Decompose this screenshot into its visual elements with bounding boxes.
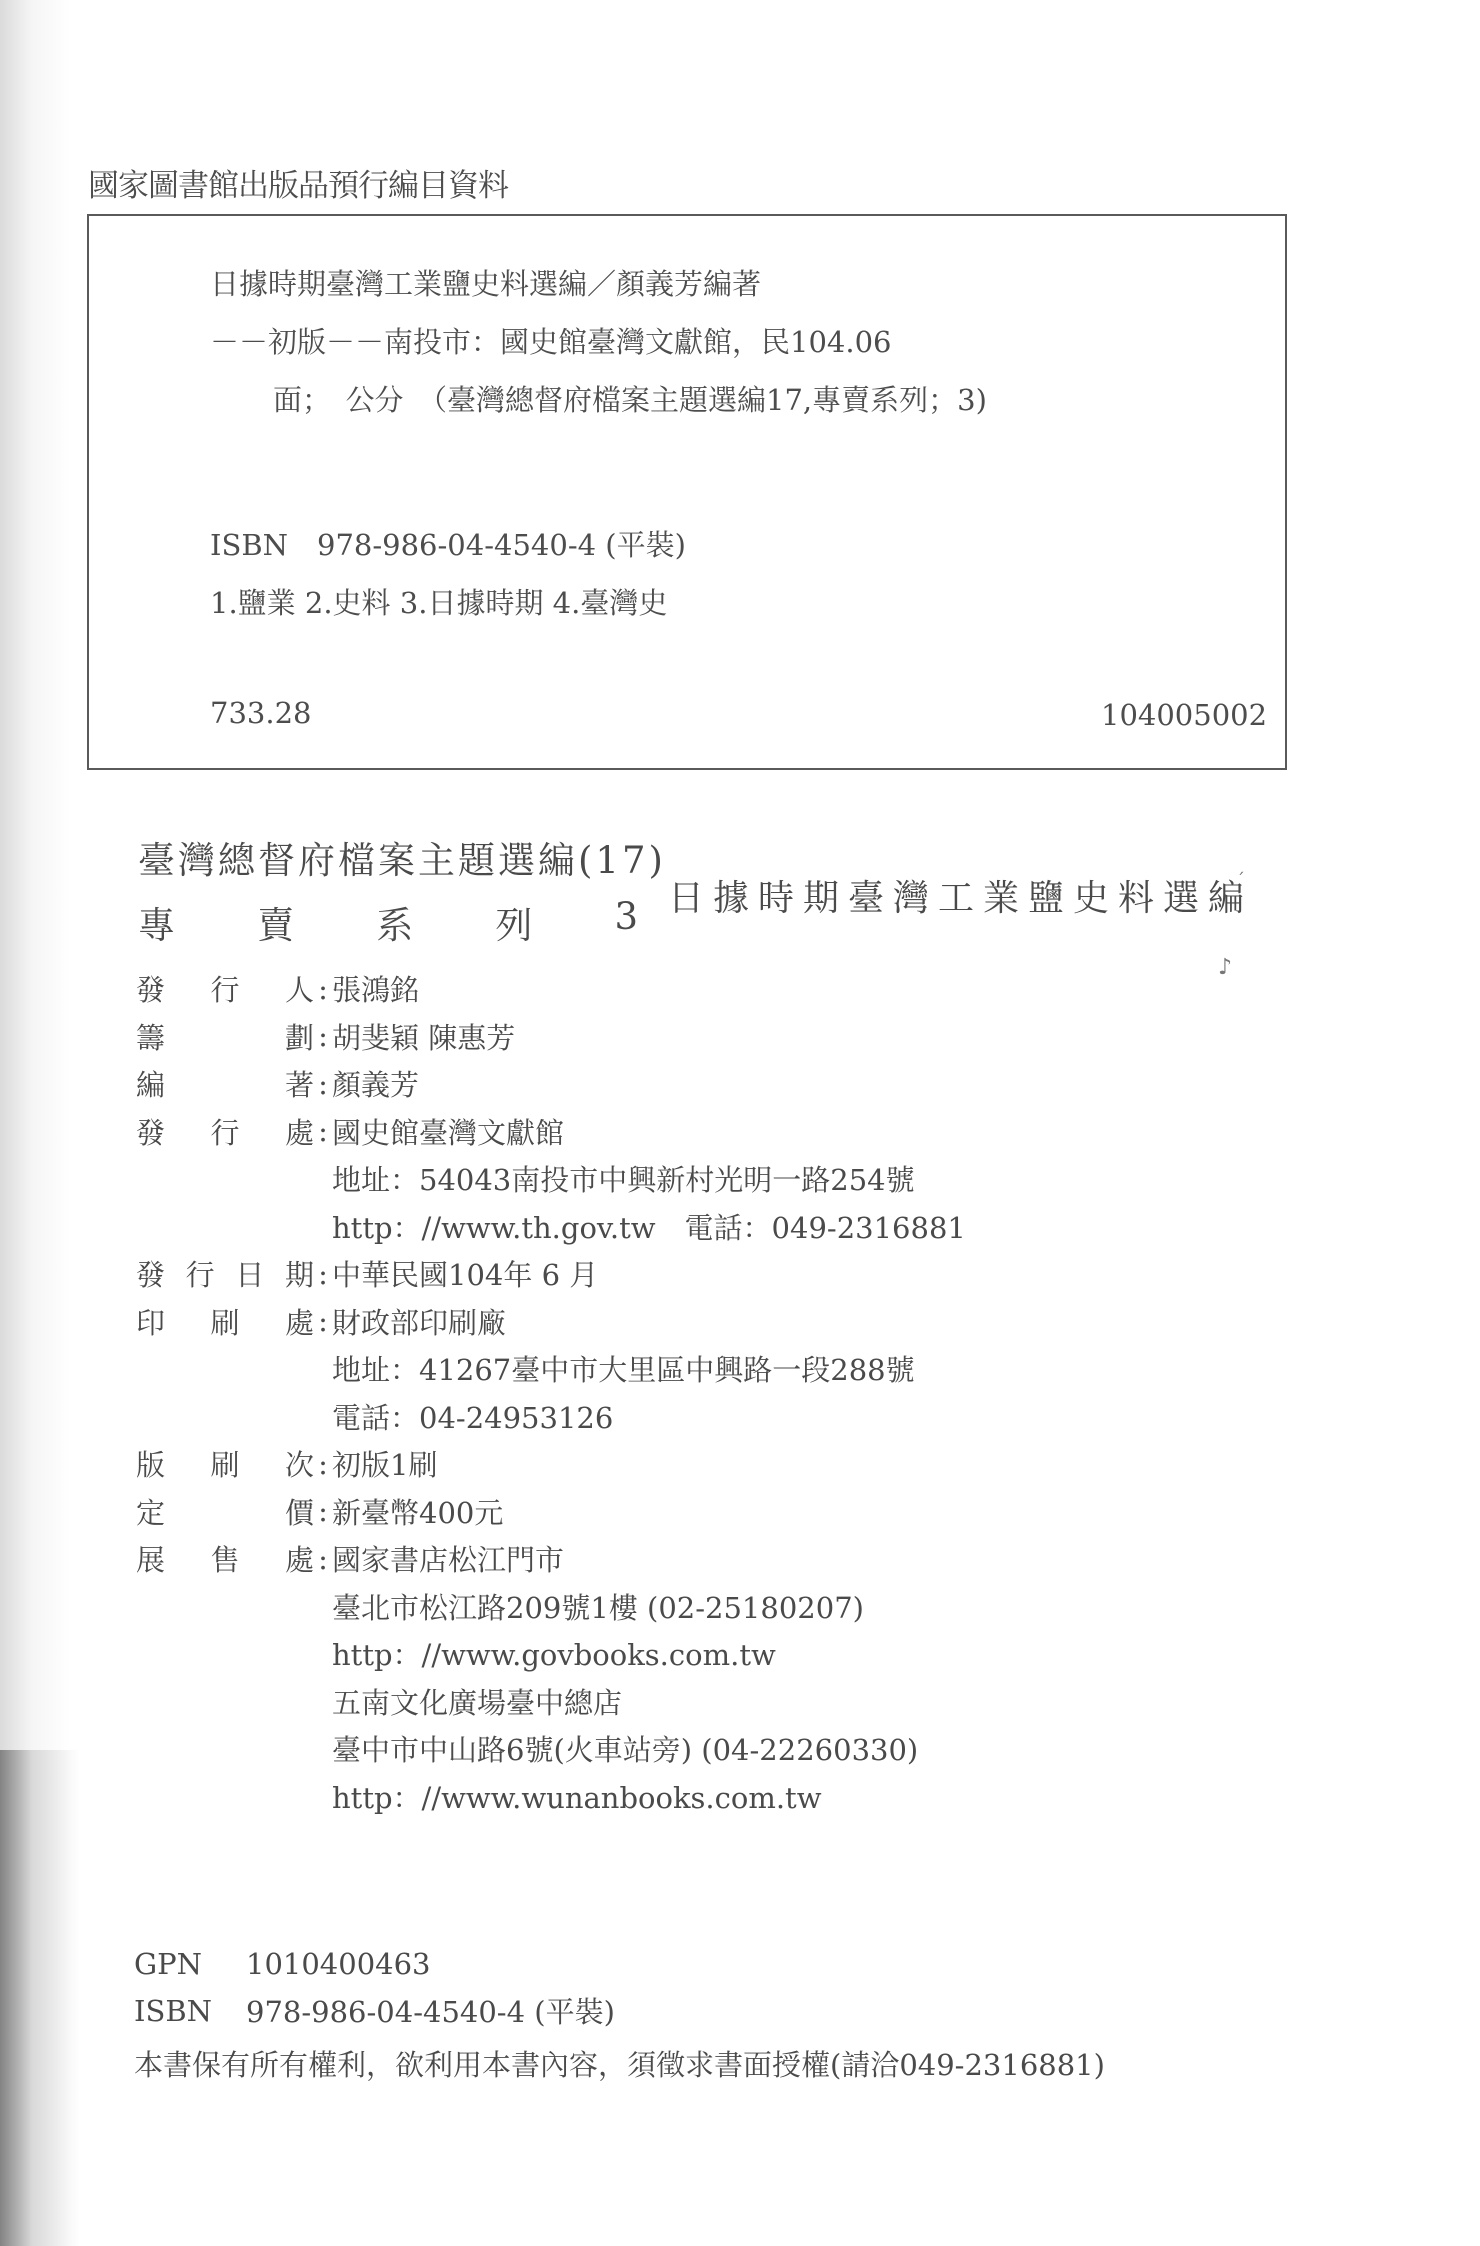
colophon-value: 電話：04-24953126 bbox=[332, 1396, 613, 1437]
colophon-value: 地址：41267臺中市大里區中興路一段288號 bbox=[332, 1348, 915, 1389]
series-sub-char: 系 bbox=[376, 895, 413, 949]
colophon-value: http：//www.th.gov.tw 電話：049-2316881 bbox=[332, 1206, 966, 1247]
scan-speck-mark: ˊ bbox=[1236, 870, 1245, 891]
colon: : bbox=[314, 1447, 332, 1481]
series-sub-char: 列 bbox=[495, 895, 532, 949]
colophon-value: 臺北市松江路209號1樓 (02-25180207) bbox=[332, 1586, 864, 1627]
book-title: 日據時期臺灣工業鹽史料選編 bbox=[668, 870, 1253, 921]
footer-identifiers: GPN 1010400463 ISBN 978-986-04-4540-4 (平… bbox=[134, 1940, 1105, 2087]
gpn-label: GPN bbox=[134, 1947, 246, 1981]
colophon-row-printer-address: 地址：41267臺中市大里區中興路一段288號 bbox=[136, 1345, 966, 1393]
colophon-value: 中華民國104年 6 月 bbox=[332, 1253, 598, 1294]
colophon-value: 初版1刷 bbox=[332, 1443, 437, 1484]
colophon-value: 新臺幣400元 bbox=[332, 1491, 503, 1532]
cip-isbn-line: ISBN 978-986-04-4540-4 (平裝) bbox=[210, 523, 686, 564]
gpn-value: 1010400463 bbox=[246, 1947, 431, 1981]
cip-subjects-line: 1.鹽業 2.史料 3.日據時期 4.臺灣史 bbox=[210, 581, 667, 622]
colophon-row-retailers: 展售處 : 國家書店松江門市 bbox=[136, 1535, 966, 1583]
binding-shadow-bottom bbox=[0, 1750, 80, 2246]
colophon-row-issuer-address: 地址：54043南投市中興新村光明一路254號 bbox=[136, 1155, 966, 1203]
colon: : bbox=[314, 1114, 332, 1148]
cip-title-line: 日據時期臺灣工業鹽史料選編／顏義芳編著 bbox=[210, 262, 761, 303]
colophon-label: 編著 bbox=[136, 1063, 314, 1104]
series-subtitle: 專 賣 系 列 3 bbox=[138, 895, 638, 949]
colophon-value: 臺中市中山路6號(火車站旁) (04-22260330) bbox=[332, 1728, 918, 1769]
colophon-row-printer-phone: 電話：04-24953126 bbox=[136, 1393, 966, 1441]
colophon-label: 發行日期 bbox=[136, 1253, 314, 1294]
colophon-row-issuer: 發行處 : 國史館臺灣文獻館 bbox=[136, 1108, 966, 1156]
colophon-row-publisher: 發行人 : 張鴻銘 bbox=[136, 965, 966, 1013]
colophon-row-planning: 籌劃 : 胡斐穎 陳惠芳 bbox=[136, 1013, 966, 1061]
colophon-row-pub-date: 發行日期 : 中華民國104年 6 月 bbox=[136, 1250, 966, 1298]
colophon-row-edition: 版刷次 : 初版1刷 bbox=[136, 1440, 966, 1488]
series-sub-char: 賣 bbox=[257, 895, 294, 949]
colophon-row-retailer-2-name: 五南文化廣場臺中總店 bbox=[136, 1678, 966, 1726]
colon: : bbox=[314, 1019, 332, 1053]
cip-heading: 國家圖書館出版品預行編目資料 bbox=[88, 160, 508, 205]
series-title: 臺灣總督府檔案主題選編(17) bbox=[138, 830, 666, 884]
copyright-notice: 本書保有所有權利，欲利用本書內容，須徵求書面授權(請洽049-2316881) bbox=[134, 2043, 1105, 2084]
isbn-label: ISBN bbox=[134, 1994, 246, 2028]
colophon-label: 籌劃 bbox=[136, 1016, 314, 1057]
colophon-list: 發行人 : 張鴻銘 籌劃 : 胡斐穎 陳惠芳 編著 : 顏義芳 發行處 : 國史… bbox=[136, 965, 966, 1820]
colon: : bbox=[314, 972, 332, 1006]
gpn-row: GPN 1010400463 bbox=[134, 1940, 1105, 1987]
cip-physical-line: 面； 公分 （臺灣總督府檔案主題選編17,專賣系列；3) bbox=[273, 378, 987, 419]
colophon-value: 胡斐穎 陳惠芳 bbox=[332, 1016, 515, 1057]
series-sub-char: 3 bbox=[614, 895, 638, 949]
colophon-label: 展售處 bbox=[136, 1538, 314, 1579]
colophon-label: 版刷次 bbox=[136, 1443, 314, 1484]
colon: : bbox=[314, 1542, 332, 1576]
colophon-row-printer: 印刷處 : 財政部印刷廠 bbox=[136, 1298, 966, 1346]
colon: : bbox=[314, 1067, 332, 1101]
colophon-label: 定價 bbox=[136, 1491, 314, 1532]
colophon-row-price: 定價 : 新臺幣400元 bbox=[136, 1488, 966, 1536]
cip-edition-line: －－初版－－南投市：國史館臺灣文獻館，民104.06 bbox=[210, 320, 891, 361]
colon: : bbox=[314, 1304, 332, 1338]
colophon-row-issuer-contact: http：//www.th.gov.tw 電話：049-2316881 bbox=[136, 1203, 966, 1251]
colophon-label: 印刷處 bbox=[136, 1301, 314, 1342]
colophon-row-retailer-2-url: http：//www.wunanbooks.com.tw bbox=[136, 1773, 966, 1821]
colophon-value: 國家書店松江門市 bbox=[332, 1538, 564, 1579]
colophon-row-retailer-2-address: 臺中市中山路6號(火車站旁) (04-22260330) bbox=[136, 1725, 966, 1773]
colophon-row-author: 編著 : 顏義芳 bbox=[136, 1060, 966, 1108]
colon: : bbox=[314, 1494, 332, 1528]
colophon-value: 五南文化廣場臺中總店 bbox=[332, 1681, 622, 1722]
colophon-value: 財政部印刷廠 bbox=[332, 1301, 506, 1342]
colophon-value: 國史館臺灣文獻館 bbox=[332, 1111, 564, 1152]
colophon-value: 顏義芳 bbox=[332, 1063, 419, 1104]
colophon-value: http：//www.wunanbooks.com.tw bbox=[332, 1776, 822, 1817]
binding-shadow bbox=[0, 0, 70, 2246]
colophon-value: 張鴻銘 bbox=[332, 968, 419, 1009]
scan-ink-mark: ♪ bbox=[1218, 955, 1232, 980]
copyright-row: 本書保有所有權利，欲利用本書內容，須徵求書面授權(請洽049-2316881) bbox=[134, 2040, 1105, 2087]
colon: : bbox=[314, 1257, 332, 1291]
colophon-label: 發行處 bbox=[136, 1111, 314, 1152]
colophon-row-retailer-1-address: 臺北市松江路209號1樓 (02-25180207) bbox=[136, 1583, 966, 1631]
cip-classification: 733.28 bbox=[210, 696, 311, 730]
colophon-value: http：//www.govbooks.com.tw bbox=[332, 1633, 776, 1674]
cip-record-number: 104005002 bbox=[1101, 698, 1267, 732]
isbn-row: ISBN 978-986-04-4540-4 (平裝) bbox=[134, 1987, 1105, 2034]
colophon-label: 發行人 bbox=[136, 968, 314, 1009]
isbn-value: 978-986-04-4540-4 (平裝) bbox=[246, 1990, 615, 2031]
colophon-row-retailer-1-url: http：//www.govbooks.com.tw bbox=[136, 1630, 966, 1678]
series-sub-char: 專 bbox=[138, 895, 175, 949]
cip-record-box: 日據時期臺灣工業鹽史料選編／顏義芳編著 －－初版－－南投市：國史館臺灣文獻館，民… bbox=[87, 214, 1287, 770]
colophon-value: 地址：54043南投市中興新村光明一路254號 bbox=[332, 1158, 915, 1199]
